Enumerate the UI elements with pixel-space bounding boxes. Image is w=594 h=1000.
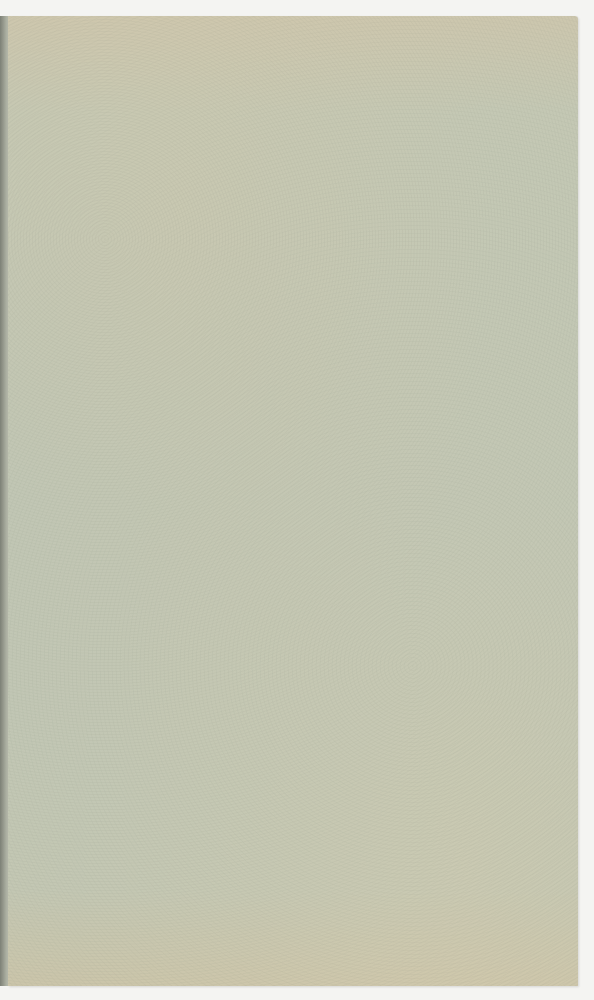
blank-page — [8, 16, 578, 986]
paper-texture — [8, 16, 578, 986]
